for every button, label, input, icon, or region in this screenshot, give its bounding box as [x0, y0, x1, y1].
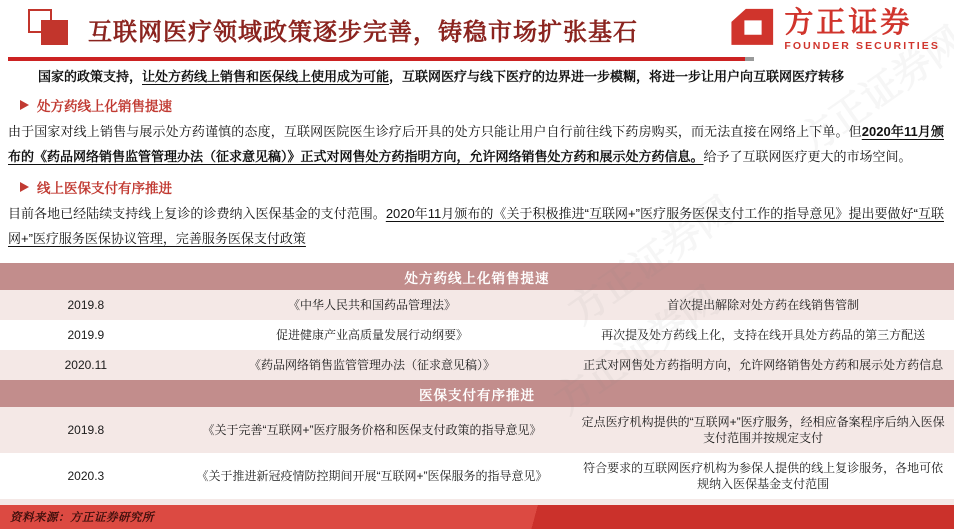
body-content: 国家的政策支持，让处方药线上销售和医保线上使用成为可能，互联网医疗与线下医疗的边…: [0, 56, 954, 251]
cell-description: 正式对网售处方药指明方向，允许网络销售处方药和展示处方药信息: [572, 350, 954, 380]
page-title: 互联网医疗领域政策逐步完善，铸稳市场扩张基石: [88, 12, 638, 47]
bullet-label: 线上医保支付有序推进: [37, 177, 172, 197]
cell-policy: 《药品网络销售监管管理办法（征求意见稿）》: [172, 350, 573, 380]
cell-description: 定点医疗机构提供的“互联网+”医疗服务，经相应备案程序后纳入医保支付范围并按规定…: [572, 407, 954, 453]
header: 互联网医疗领域政策逐步完善，铸稳市场扩张基石 方正证券 FOUNDER SECU…: [0, 0, 954, 56]
cell-description: 符合要求的互联网医疗机构为参保人提供的线上复诊服务，各地可依规纳入医保基金支付范…: [572, 453, 954, 499]
intro-pre: 国家的政策支持，: [38, 69, 142, 84]
cell-policy: 《中华人民共和国药品管理法》: [172, 290, 573, 320]
cell-description: 首次提出解除对处方药在线销售管制: [572, 290, 954, 320]
source-note: 资料来源：方正证券研究所: [0, 509, 154, 525]
cell-date: 2020.11: [0, 350, 172, 380]
para1-pre: 由于国家对线上销售与展示处方药谨慎的态度，互联网医院医生诊疗后开具的处方只能让用…: [8, 124, 862, 139]
bullet-medical-insurance: 线上医保支付有序推进: [20, 177, 946, 197]
para1-post: 给予了互联网医疗更大的市场空间。: [704, 149, 912, 164]
table-section-header: 医保支付有序推进: [0, 380, 954, 407]
logo-chinese-text: 方正证券: [784, 6, 940, 40]
footer-bar: 资料来源：方正证券研究所: [0, 505, 954, 529]
arrow-bullet-icon: [20, 100, 29, 110]
intro-post: ，互联网医疗与线下医疗的边界进一步模糊，将进一步让用户向互联网医疗转移: [389, 69, 844, 84]
cell-policy: 促进健康产业高质量发展行动纲要》: [172, 320, 573, 350]
title-squares-icon: [28, 9, 72, 49]
solid-square-icon: [41, 20, 68, 45]
founder-securities-logo: 方正证券 FOUNDER SECURITIES: [730, 6, 940, 52]
paragraph-medical-insurance: 目前各地已经陆续支持线上复诊的诊费纳入医保基金的支付范围。2020年11月颁布的…: [8, 201, 946, 251]
cell-description: 再次提及处方药线上化，支持在线开具处方药品的第三方配送: [572, 320, 954, 350]
table-row: 2019.8 《中华人民共和国药品管理法》 首次提出解除对处方药在线销售管制: [0, 290, 954, 320]
bullet-label: 处方药线上化销售提速: [37, 95, 172, 115]
arrow-bullet-icon: [20, 182, 29, 192]
table-row: 2020.11 《药品网络销售监管管理办法（征求意见稿）》 正式对网售处方药指明…: [0, 350, 954, 380]
para2-pre: 目前各地已经陆续支持线上复诊的诊费纳入医保基金的支付范围。: [8, 206, 386, 221]
table-row: 2020.3 《关于推进新冠疫情防控期间开展“互联网+”医保服务的指导意见》 符…: [0, 453, 954, 499]
report-slide: 方正证券网 方正证券网 方正证券网 互联网医疗领域政策逐步完善，铸稳市场扩张基石…: [0, 0, 954, 529]
table-row: 2019.8 《关于完善“互联网+”医疗服务价格和医保支付政策的指导意见》 定点…: [0, 407, 954, 453]
intro-paragraph: 国家的政策支持，让处方药线上销售和医保线上使用成为可能，互联网医疗与线下医疗的边…: [8, 66, 946, 87]
paragraph-prescription-drugs: 由于国家对线上销售与展示处方药谨慎的态度，互联网医院医生诊疗后开具的处方只能让用…: [8, 119, 946, 169]
bullet-prescription-drugs: 处方药线上化销售提速: [20, 95, 946, 115]
table-section-header: 处方药线上化销售提速: [0, 263, 954, 290]
intro-underlined: 让处方药线上销售和医保线上使用成为可能: [142, 69, 389, 84]
logo-english-text: FOUNDER SECURITIES: [784, 40, 940, 52]
table-row: 2019.9 促进健康产业高质量发展行动纲要》 再次提及处方药线上化，支持在线开…: [0, 320, 954, 350]
founder-logo-icon: [730, 6, 776, 52]
cell-date: 2019.8: [0, 415, 172, 445]
cell-policy: 《关于完善“互联网+”医疗服务价格和医保支付政策的指导意见》: [172, 415, 573, 445]
cell-date: 2020.3: [0, 461, 172, 491]
cell-date: 2019.9: [0, 320, 172, 350]
cell-policy: 《关于推进新冠疫情防控期间开展“互联网+”医保服务的指导意见》: [172, 461, 573, 491]
table-prescription-drugs: 处方药线上化销售提速 2019.8 《中华人民共和国药品管理法》 首次提出解除对…: [0, 263, 954, 380]
cell-date: 2019.8: [0, 290, 172, 320]
